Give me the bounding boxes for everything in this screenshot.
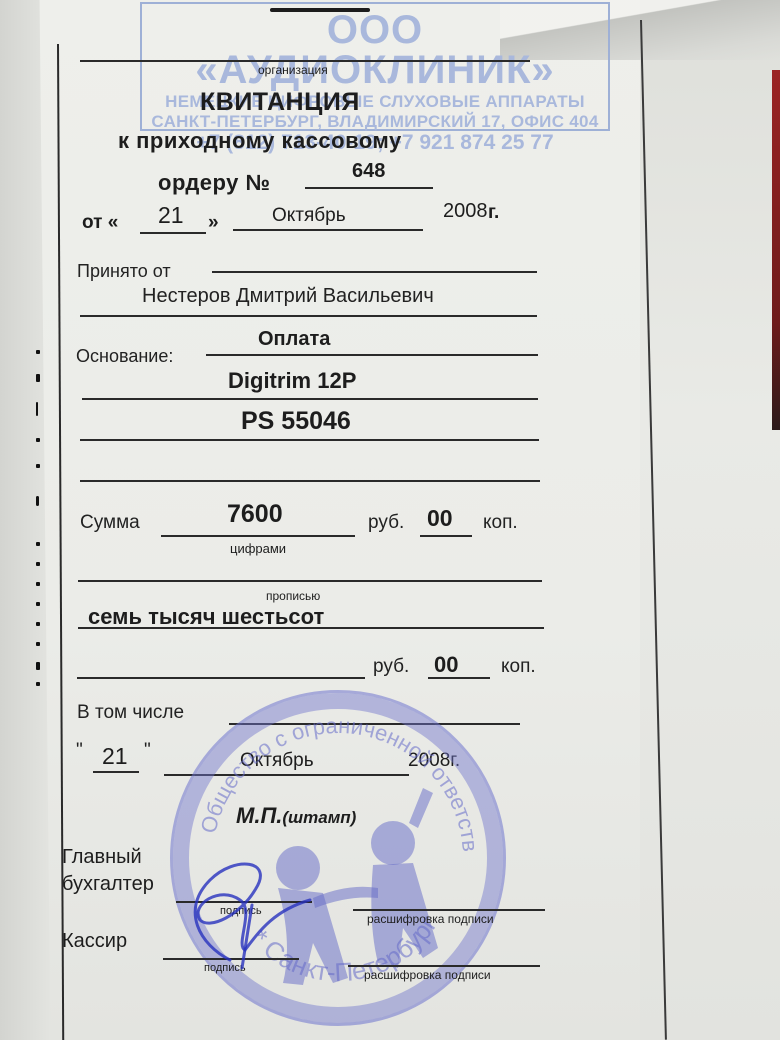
basis-line-3-rule (80, 439, 539, 441)
receipt-subtitle: к приходному кассовому (118, 128, 402, 154)
kop-line (420, 535, 472, 537)
kop-value-2[interactable]: 00 (434, 652, 458, 678)
chief-decode-line[interactable] (353, 909, 545, 911)
received-label: Принято от (77, 261, 171, 282)
sum-words-line-1 (78, 580, 542, 582)
chief-decode-caption: расшифровка подписи (367, 912, 494, 926)
cashier-decode-line[interactable] (348, 965, 540, 967)
sign-date-close: " (144, 740, 151, 762)
received-line-1 (212, 271, 537, 273)
cashier-label: Кассир (62, 930, 127, 953)
receipt-title: КВИТАНЦИЯ (200, 88, 360, 117)
perforation-marks (28, 340, 44, 700)
rub-label: руб. (368, 512, 404, 534)
seal-mp: М.П. (236, 803, 282, 828)
date-month-line (233, 229, 423, 231)
basis-line-2-rule (82, 398, 538, 400)
basis-line-2[interactable]: Digitrim 12P (228, 368, 356, 394)
organization-caption: организация (258, 63, 328, 77)
date-prefix: от « (82, 212, 118, 234)
digits-caption: цифрами (230, 541, 286, 556)
words-caption: прописью (266, 589, 320, 603)
chief-accountant-label-2: бухгалтер (62, 873, 154, 896)
basis-label: Основание: (76, 346, 173, 367)
sum-digits-line (161, 535, 355, 537)
cashier-decode-caption: расшифровка подписи (364, 968, 491, 982)
basis-line-4-rule (80, 480, 540, 482)
organization-line (80, 60, 530, 62)
date-day-line (140, 232, 206, 234)
kop-line-2 (428, 677, 490, 679)
sign-date-day-line (93, 771, 139, 773)
order-number[interactable]: 648 (352, 160, 385, 183)
date-close: » (208, 212, 219, 234)
sum-words-line-3 (77, 677, 365, 679)
sum-label: Сумма (80, 512, 140, 534)
basis-line-1-rule (206, 354, 538, 356)
chief-accountant-label-1: Главный (62, 846, 142, 869)
received-from[interactable]: Нестеров Дмитрий Васильевич (142, 285, 434, 308)
kop-label: коп. (483, 512, 518, 534)
seal-label: М.П.(штамп) (236, 803, 356, 829)
stamp-company-name: ООО «АУДИОКЛИНИК» (142, 10, 608, 90)
kop-label-2: коп. (501, 656, 536, 678)
sign-date-open: " (76, 740, 83, 762)
received-line-2 (80, 315, 537, 317)
date-day[interactable]: 21 (158, 202, 184, 229)
red-edge (772, 70, 780, 430)
year-suffix: г. (488, 202, 499, 224)
order-number-line (305, 187, 433, 189)
signature-icon (180, 850, 320, 970)
date-year[interactable]: 2008 (443, 200, 488, 223)
seal-note: (штамп) (282, 808, 356, 827)
basis-line-1[interactable]: Оплата (258, 328, 330, 351)
pen-mark (270, 8, 370, 12)
rub-label-2: руб. (373, 656, 409, 678)
including-label: В том числе (77, 702, 184, 724)
date-month[interactable]: Октябрь (272, 205, 346, 227)
sum-digits[interactable]: 7600 (227, 500, 283, 529)
order-label: ордеру № (158, 170, 271, 196)
basis-line-3[interactable]: PS 55046 (241, 407, 351, 436)
kop-value[interactable]: 00 (427, 505, 453, 532)
sign-date-day[interactable]: 21 (102, 743, 128, 770)
sum-words-line-2 (78, 627, 544, 629)
